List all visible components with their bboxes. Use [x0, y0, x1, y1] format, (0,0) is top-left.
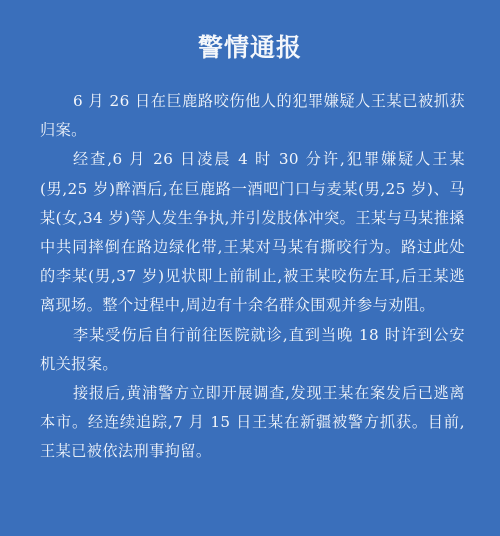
notice-body: 6 月 26 日在巨鹿路咬伤他人的犯罪嫌疑人王某已被抓获归案。 经查,6 月 2…	[40, 87, 465, 467]
paragraph-investigation-result: 接报后,黄浦警方立即开展调查,发现王某在案发后已逃离本市。经连续追踪,7 月 1…	[40, 379, 465, 467]
paragraph-victim-report: 李某受伤后自行前往医院就诊,直到当晚 18 时许到公安机关报案。	[40, 321, 465, 379]
police-notice: 警情通报 6 月 26 日在巨鹿路咬伤他人的犯罪嫌疑人王某已被抓获归案。 经查,…	[0, 0, 500, 536]
paragraph-incident-details: 经查,6 月 26 日凌晨 4 时 30 分许,犯罪嫌疑人王某(男,25 岁)醉…	[40, 145, 465, 320]
notice-title: 警情通报	[0, 28, 500, 64]
paragraph-arrest-summary: 6 月 26 日在巨鹿路咬伤他人的犯罪嫌疑人王某已被抓获归案。	[40, 87, 465, 145]
